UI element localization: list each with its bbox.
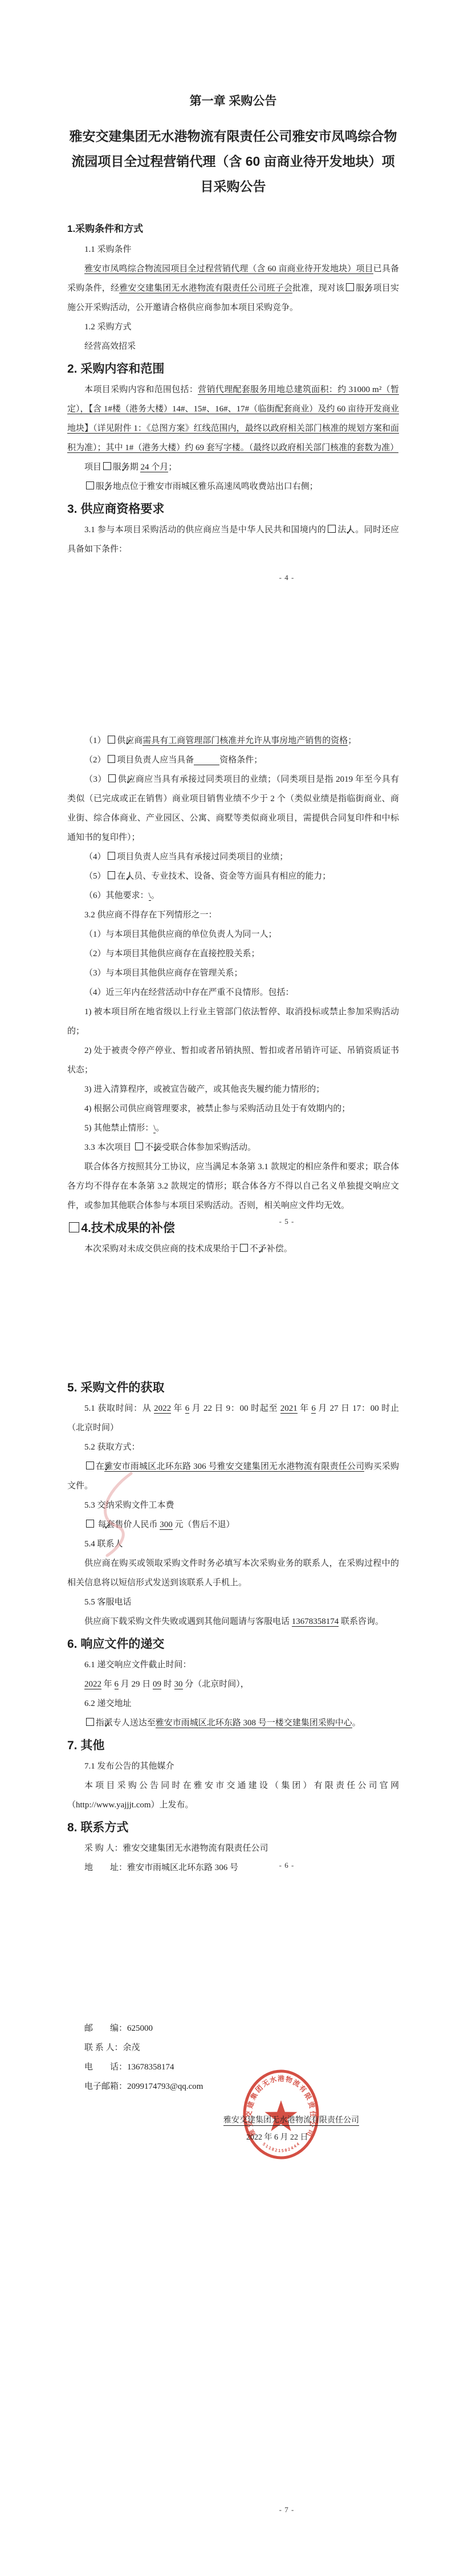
section-2-heading: 2. 采购内容和范围	[67, 361, 399, 378]
checkbox-checked-icon	[108, 871, 116, 879]
text-line: 5.1 获取时间：从 2022 年 6 月 22 日 9：00 时起至 2021…	[67, 1399, 399, 1438]
text-segment: 。	[352, 1718, 361, 1728]
text-line: （5）在人员、专业技术、设备、资金等方面具有相应的能力；	[67, 867, 399, 886]
text-segment: 雅安交建集团无水港物流有限责任公司班子会	[119, 284, 292, 293]
checkbox-checked-icon	[328, 525, 336, 533]
section-1-heading: 1.采购条件和方式	[67, 222, 399, 236]
text-segment: 本项目采购内容和范围包括：	[84, 385, 198, 394]
chapter-heading: 第一章 采购公告	[67, 93, 399, 110]
checkbox-checked-icon	[108, 774, 116, 782]
text-line: 3) 进入清算程序，或被宣告破产，或其他丧失履约能力情形的；	[67, 1080, 399, 1099]
red-pen-mark-icon	[84, 1469, 164, 1560]
checkbox-empty-icon	[108, 755, 116, 763]
text-line: 2) 处于被责令停产停业、暂扣或者吊销执照、暂扣或者吊销许可证、吊销资质证书状态…	[67, 1041, 399, 1080]
text-segment: 元（售后不退）	[173, 1520, 235, 1529]
text-line: 5.2 获取方式：	[67, 1438, 399, 1457]
text-segment: ；	[168, 463, 177, 472]
text-segment: （2）	[84, 756, 106, 765]
document-title: 雅安交建集团无水港物流有限责任公司雅安市凤鸣综合物流园项目全过程营销代理（含 6…	[67, 124, 399, 199]
text-segment: 雅安市凤鸣综合物流园项目全过程营销代理（含 60 亩商业待开发地块）项目	[84, 264, 373, 274]
text-line: 项目服务期 24 个月；	[67, 458, 399, 477]
text-line: 3.2 供应商不得存在下列情形之一：	[67, 905, 399, 925]
text-line: （3）与本项目其他供应商存在管理关系；	[67, 964, 399, 983]
text-line: 本次采购对未成交供应商的技术成果给于不予补偿。	[67, 1239, 399, 1259]
text-segment: 项目	[84, 463, 101, 472]
text-line: 采 购 人：雅安交建集团无水港物流有限责任公司	[67, 1839, 399, 1858]
text-line: 电 话：13678358174	[67, 2057, 399, 2077]
text-line: （2）项目负责人应当具备 资格条件；	[67, 750, 399, 770]
text-segment: 雅安市雨城区北环东路 308 号一楼交建集团采购中心	[156, 1718, 352, 1728]
text-segment: 6.2 递交地址	[84, 1699, 132, 1708]
text-segment: 项目负责人应当具有承接过同类项目的业绩；	[117, 852, 288, 862]
text-segment: 营销代理配套服务用地总建筑面积：约 31000 m²（暂定），【含 1#楼（港务…	[67, 385, 399, 453]
text-segment: 3.1 参与本项目采购活动的供应商应当是中华人民共和国境内的	[84, 525, 326, 534]
text-line: 联合体各方按照其分工协议，应当满足本条第 3.1 款规定的相应条件和要求；联合体…	[67, 1157, 399, 1215]
page-content: （1）供应商需具有工商管理部门核准并允许从事房地产销售的资格；（2）项目负责人应…	[0, 644, 456, 1259]
text-segment: 。	[156, 1124, 164, 1133]
text-segment: 1.2 采购方式	[84, 322, 132, 332]
section-3-heading: 3. 供应商资格要求	[67, 501, 399, 518]
page: 第一章 采购公告雅安交建集团无水港物流有限责任公司雅安市凤鸣综合物流园项目全过程…	[0, 0, 456, 644]
text-segment: 2021	[280, 1404, 298, 1414]
text-segment: 采 购 人：雅安交建集团无水港物流有限责任公司	[84, 1844, 268, 1853]
text-segment: 7.1 发布公告的其他媒介	[84, 1762, 174, 1771]
page-content: 5. 采购文件的获取5.1 获取时间：从 2022 年 6 月 22 日 9：0…	[0, 1288, 456, 1877]
svg-text:水: 水	[268, 2075, 277, 2085]
section-7-heading: 7. 其他	[67, 1737, 399, 1754]
text-segment: 24 个月	[140, 463, 168, 472]
svg-text:8: 8	[271, 2147, 275, 2152]
text-segment: （1）与本项目其他供应商的单位负责人为同一人；	[84, 930, 277, 939]
text-line: （1）供应商需具有工商管理部门核准并允许从事房地产销售的资格；	[67, 731, 399, 750]
text-segment: （1）	[84, 736, 106, 745]
text-segment: 1.采购条件和方式	[67, 223, 143, 234]
page-content: 邮 编：625000联 系 人：余茂电 话：13678358174电子邮箱：20…	[0, 1932, 456, 2096]
signature-date: 2022 年 6 月 22 日	[246, 2131, 308, 2142]
text-segment: 供应商在购买或领取采购文件时务必填写本次采购业务的联系人，在采购过程中的相关信息…	[67, 1559, 399, 1587]
text-line: （4）项目负责人应当具有承接过同类项目的业绩；	[67, 847, 399, 867]
text-segment: 6. 响应文件的递交	[67, 1638, 164, 1651]
text-segment: 1.1 采购条件	[84, 245, 132, 254]
text-segment: 本次采购对未成交供应商的技术成果给于	[84, 1244, 238, 1254]
text-segment: 4.技术成果的补偿	[81, 1222, 175, 1235]
text-line: 经营高效招采	[67, 337, 399, 356]
text-segment: 2022	[154, 1404, 171, 1414]
text-line: 电子邮箱：2099174793@qq.com	[67, 2077, 399, 2096]
text-segment: 3.2 供应商不得存在下列情形之一：	[84, 911, 217, 920]
text-segment	[194, 756, 219, 765]
page-number: - 4 -	[267, 573, 307, 582]
checkbox-checked-icon	[135, 1142, 143, 1150]
svg-text:4: 4	[296, 2142, 300, 2147]
text-line: （4）近三年内在经营活动中存在严重不良情形。包括：	[67, 983, 399, 1002]
text-segment: 资格条件；	[219, 756, 262, 765]
text-line: 1.2 采购方式	[67, 317, 399, 337]
section-8-heading: 8. 联系方式	[67, 1819, 399, 1836]
section-4-heading: 4.技术成果的补偿	[67, 1220, 399, 1237]
text-segment: 3) 进入清算程序，或被宣告破产，或其他丧失履约能力情形的；	[84, 1085, 324, 1094]
checkbox-empty-icon	[69, 1222, 79, 1232]
seal-code: 511821502444	[262, 2142, 300, 2153]
text-segment: 本项目采购公告同时在雅安市交通建设（集团）有限责任公司官网（http://www…	[67, 1781, 399, 1810]
text-line: （2）与本项目其他供应商存在直接控股关系；	[67, 944, 399, 964]
text-segment: 服务地点位于雅安市雨城区雅乐高速凤鸣收费站出口右侧；	[96, 482, 318, 491]
text-segment: （5）	[84, 872, 106, 881]
section-6-heading: 6. 响应文件的递交	[67, 1636, 399, 1653]
checkbox-checked-icon	[240, 1244, 248, 1252]
text-segment: 月 29 日	[119, 1680, 153, 1689]
text-line: 4) 根据公司供应商管理要求，被禁止参与采购活动且处于有效期内的；	[67, 1099, 399, 1118]
scanned-document: 第一章 采购公告雅安交建集团无水港物流有限责任公司雅安市凤鸣综合物流园项目全过程…	[0, 0, 456, 2576]
page: 5. 采购文件的获取5.1 获取时间：从 2022 年 6 月 22 日 9：0…	[0, 1288, 456, 1932]
text-line: 邮 编：625000	[67, 2019, 399, 2038]
text-segment: 2) 处于被责令停产停业、暂扣或者吊销执照、暂扣或者吊销许可证、吊销资质证书状态…	[67, 1046, 399, 1075]
text-segment: 联系咨询。	[339, 1617, 384, 1626]
text-segment: 邮 编：625000	[84, 2024, 153, 2033]
text-line: 供应商下载采购文件失败或遇到其他问题请与客服电话 13678358174 联系咨…	[67, 1612, 399, 1631]
text-line: （3）供应商应当具有承接过同类项目的业绩；（同类项目是指 2019 年至今具有类…	[67, 770, 399, 847]
text-segment: 30	[174, 1680, 183, 1689]
text-line: 指派专人送达至雅安市雨城区北环东路 308 号一楼交建集团采购中心。	[67, 1713, 399, 1733]
svg-text:1: 1	[278, 2149, 281, 2153]
text-segment: 2022	[84, 1680, 101, 1689]
text-segment: 1) 被本项目所在地省级以上行业主管部门依法暂停、取消投标或禁止参加采购活动的；	[67, 1007, 399, 1036]
page: 邮 编：625000联 系 人：余茂电 话：13678358174电子邮箱：20…	[0, 1932, 456, 2576]
text-segment: 年	[101, 1680, 115, 1689]
checkbox-checked-icon	[86, 1461, 94, 1469]
section-5-heading: 5. 采购文件的获取	[67, 1379, 399, 1397]
text-segment: 电子邮箱：2099174793@qq.com	[84, 2082, 203, 2091]
text-segment: 月 22 日 9：00 时起至	[189, 1404, 280, 1413]
text-line: 5.5 客服电话	[67, 1593, 399, 1612]
svg-text:2: 2	[275, 2148, 278, 2153]
text-segment: 分（北京时间），	[183, 1680, 249, 1689]
text-segment: 8. 联系方式	[67, 1821, 128, 1834]
text-segment: 09	[153, 1680, 161, 1689]
svg-text:港: 港	[278, 2074, 284, 2083]
checkbox-checked-icon	[86, 481, 94, 489]
text-segment: 3.3 本次项目	[84, 1143, 133, 1152]
text-segment: （4）	[84, 852, 106, 862]
page: （1）供应商需具有工商管理部门核准并允许从事房地产销售的资格；（2）项目负责人应…	[0, 644, 456, 1288]
text-segment: （2）与本项目其他供应商存在直接控股关系；	[84, 949, 260, 958]
text-segment: 13678358174	[292, 1617, 339, 1627]
text-segment: 电 话：13678358174	[84, 2063, 174, 2072]
text-segment: 第一章 采购公告	[190, 95, 277, 108]
checkbox-empty-icon	[108, 852, 116, 860]
text-segment: 项目负责人应当具备	[117, 756, 194, 765]
text-segment: 在人员、专业技术、设备、资金等方面具有相应的能力；	[117, 872, 331, 881]
text-segment: （6）其他要求：	[84, 891, 149, 900]
text-line: 6.1 递交响应文件截止时间：	[67, 1655, 399, 1675]
text-line: 1) 被本项目所在地省级以上行业主管部门依法暂停、取消投标或禁止参加采购活动的；	[67, 1002, 399, 1041]
text-line: 5) 其他禁止情形：\。	[67, 1118, 399, 1138]
text-segment: 3. 供应商资格要求	[67, 503, 164, 516]
text-segment: （4）近三年内在经营活动中存在严重不良情形。包括：	[84, 988, 294, 997]
checkbox-checked-icon	[346, 283, 354, 291]
text-segment: 6	[311, 1404, 316, 1414]
page-number: - 6 -	[267, 1861, 307, 1870]
text-segment: 5) 其他禁止情形：	[84, 1124, 153, 1133]
text-line: 本项目采购公告同时在雅安市交通建设（集团）有限责任公司官网（http://www…	[67, 1776, 399, 1815]
text-line: 7.1 发布公告的其他媒介	[67, 1757, 399, 1776]
text-segment: 5.5 客服电话	[84, 1598, 132, 1607]
text-line: 雅安市凤鸣综合物流园项目全过程营销代理（含 60 亩商业待开发地块）项目已具备采…	[67, 259, 399, 317]
text-segment: 地 址：雅安市雨城区北环东路 306 号	[84, 1863, 238, 1872]
text-segment: 联 系 人：余茂	[84, 2043, 140, 2052]
text-line: 3.3 本次项目 不接受联合体参加采购活动。	[67, 1138, 399, 1157]
text-segment: 年	[171, 1404, 185, 1413]
text-segment: 批准，现对该	[292, 284, 344, 293]
text-line: 3.1 参与本项目采购活动的供应商应当是中华人民共和国境内的法人。同时还应具备如…	[67, 520, 399, 559]
text-segment: 年	[298, 1404, 312, 1413]
text-line: 本项目采购内容和范围包括：营销代理配套服务用地总建筑面积：约 31000 m²（…	[67, 380, 399, 458]
text-segment: 需具有工商管理部门核准并允许从事房地产销售的资格	[142, 736, 348, 746]
page-content: 第一章 采购公告雅安交建集团无水港物流有限责任公司雅安市凤鸣综合物流园项目全过程…	[0, 0, 456, 559]
text-segment: 联合体各方按照其分工协议，应当满足本条第 3.1 款规定的相应条件和要求；联合体…	[67, 1162, 399, 1210]
signature-company: 雅安交建集团无水港物流有限责任公司	[223, 2114, 359, 2126]
text-segment: 供应商下载采购文件失败或遇到其他问题请与客服电话	[84, 1617, 292, 1626]
text-segment: 时	[161, 1680, 174, 1689]
checkbox-checked-icon	[86, 1718, 94, 1726]
text-segment: 5.1 获取时间：从	[84, 1404, 154, 1413]
text-segment: 7. 其他	[67, 1739, 104, 1752]
text-segment: 雅安交建集团无水港物流有限责任公司雅安市凤鸣综合物流园项目全过程营销代理（含 6…	[70, 129, 397, 194]
text-line: 1.1 采购条件	[67, 240, 399, 259]
text-line: 联 系 人：余茂	[67, 2038, 399, 2057]
text-segment: 。	[151, 891, 160, 900]
text-line: 地 址：雅安市雨城区北环东路 306 号	[67, 1858, 399, 1877]
text-segment: 5. 采购文件的获取	[67, 1381, 164, 1394]
checkbox-checked-icon	[108, 736, 116, 744]
text-segment: （3）	[84, 775, 107, 784]
text-segment: 6.1 递交响应文件截止时间：	[84, 1660, 192, 1669]
text-segment: 经营高效招采	[84, 342, 136, 351]
text-segment: 6	[115, 1680, 119, 1689]
svg-text:5: 5	[282, 2149, 284, 2153]
text-segment: 4) 根据公司供应商管理要求，被禁止参与采购活动且处于有效期内的；	[84, 1104, 350, 1113]
text-segment: ；	[348, 736, 356, 745]
page-number: - 7 -	[267, 2505, 307, 2514]
text-segment: 5.2 获取方式：	[84, 1443, 140, 1452]
checkbox-checked-icon	[103, 462, 111, 470]
text-line: 服务地点位于雅安市雨城区雅乐高速凤鸣收费站出口右侧；	[67, 477, 399, 496]
text-line: （6）其他要求：\。	[67, 886, 399, 905]
page-number: - 5 -	[267, 1217, 307, 1226]
text-line: （1）与本项目其他供应商的单位负责人为同一人；	[67, 925, 399, 944]
text-line: 2022 年 6 月 29 日 09 时 30 分（北京时间），	[67, 1675, 399, 1694]
svg-text:0: 0	[284, 2148, 287, 2153]
text-line: 6.2 递交地址	[67, 1694, 399, 1713]
text-segment: 不接受联合体参加采购活动。	[145, 1143, 256, 1152]
text-segment: （3）与本项目其他供应商存在管理关系；	[84, 969, 243, 978]
text-segment: 2. 采购内容和范围	[67, 362, 164, 375]
